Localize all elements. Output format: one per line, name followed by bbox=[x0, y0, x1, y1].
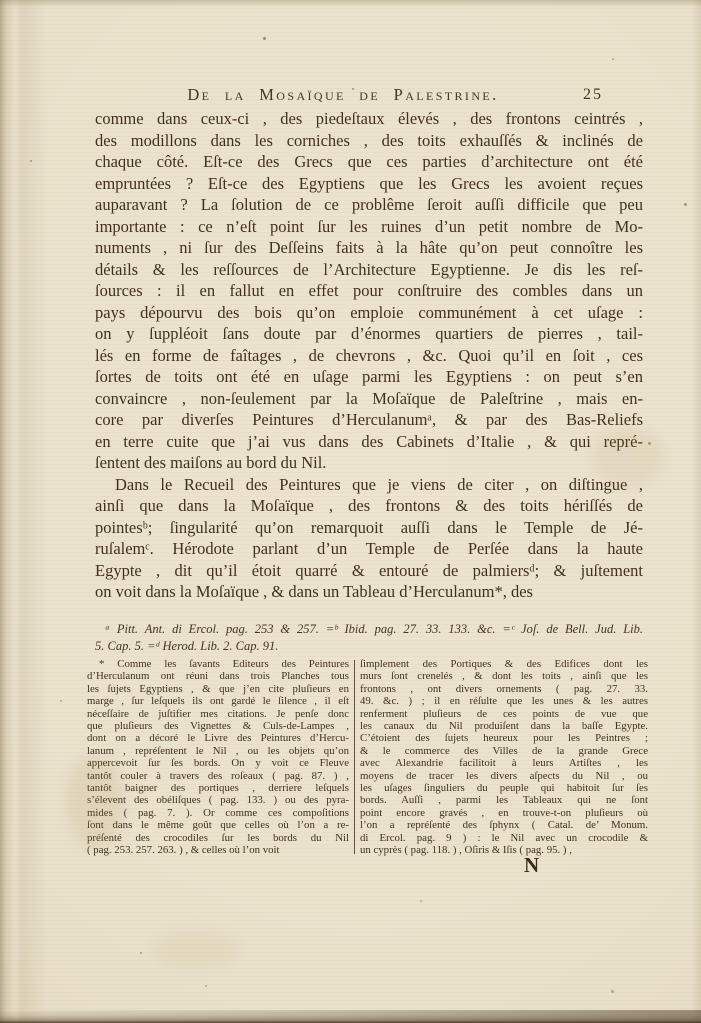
text-line: Egypte , dit qu’il étoit quarré & entour… bbox=[95, 560, 643, 582]
text-line: auparavant ? La ſolution de ce problême … bbox=[95, 194, 643, 216]
page-bottom-edge bbox=[0, 1010, 701, 1023]
paper-speck bbox=[263, 37, 266, 40]
footnote-left-column: * Comme les ſavants Editeurs des Peintur… bbox=[87, 658, 349, 857]
text-line: appercevoit ſur ſes bords. On y voit ce … bbox=[87, 757, 349, 769]
citation-note: ᵃ Pitt. Ant. di Ercol. pag. 253 & 257. =… bbox=[95, 621, 643, 654]
text-line: lanum , repréſentent le Nil , ou les obj… bbox=[87, 745, 349, 757]
paper-speck bbox=[611, 990, 614, 993]
text-line: les uſages ſinguliers du peuple qui habi… bbox=[360, 782, 648, 794]
text-line: les ſujets Egyptiens , & que j’en cite p… bbox=[87, 683, 349, 695]
text-line: néceſſaire de juſtifier mes citations. J… bbox=[87, 708, 349, 720]
text-line: ſources : il en fallut en effet pour con… bbox=[95, 280, 643, 302]
text-line: comme dans ceux-ci , des piedeſtaux élev… bbox=[95, 108, 643, 130]
text-line: détails & les reſſources de l’Architectu… bbox=[95, 259, 643, 281]
text-line: empruntées ? Eſt-ce des Egyptiens que le… bbox=[95, 173, 643, 195]
text-line: pays dépourvu des bois qu’on emploie com… bbox=[95, 302, 643, 324]
text-line: numents , ni ſur des Deſſeins faits à la… bbox=[95, 237, 643, 259]
text-line: en terre cuite que j’ai vus dans des Cab… bbox=[95, 431, 643, 453]
text-line: l’on a repréſenté des ſphynx ( Catal. de… bbox=[360, 819, 648, 831]
text-line: que pluſieurs des Vignettes & Culs-de-La… bbox=[87, 720, 349, 732]
text-line: ᵃ Pitt. Ant. di Ercol. pag. 253 & 257. =… bbox=[95, 621, 643, 638]
paper-speck bbox=[60, 700, 62, 702]
text-line: un cyprès ( pag. 118. ) , Oſiris & Iſis … bbox=[360, 844, 648, 856]
text-line: ainſi que dans la Moſaïque , des fronton… bbox=[95, 495, 643, 517]
text-line: tantôt baigner des portiques , derriere … bbox=[87, 782, 349, 794]
text-line: pointesᵇ; ſingularité qu’on remarquoit a… bbox=[95, 517, 643, 539]
main-text-block: comme dans ceux-ci , des piedeſtaux élev… bbox=[95, 108, 643, 603]
column-divider-rule bbox=[354, 660, 355, 854]
paragraph-2: Dans le Recueil des Peintures que je vie… bbox=[95, 474, 643, 603]
paragraph-1: comme dans ceux-ci , des piedeſtaux élev… bbox=[95, 108, 643, 474]
text-line: avec Alexandrie facilitoit à leurs Artiſ… bbox=[360, 757, 648, 769]
text-line: lés en forme de faîtages , de chevrons ,… bbox=[95, 345, 643, 367]
footnote-section: * Comme les ſavants Editeurs des Peintur… bbox=[87, 658, 648, 857]
text-line: renferment pluſieurs de ces points de vu… bbox=[360, 708, 648, 720]
text-line: C’étoient des ſujets heureux pour les Pe… bbox=[360, 732, 648, 744]
text-line: & le commerce des Villes de la grande Gr… bbox=[360, 745, 648, 757]
text-line: point encore gravés , en trouve-t-on plu… bbox=[360, 807, 648, 819]
paper-speck bbox=[684, 203, 687, 206]
text-line: tantôt couler à travers des roſeaux ( pa… bbox=[87, 770, 349, 782]
text-line: on y ſuppléoit ſans doute par d’énormes … bbox=[95, 323, 643, 345]
book-page: De la Mosaïque de Palestrine. 25 comme d… bbox=[0, 0, 701, 1023]
text-line: d’Herculanum ont réuni dans trois Planch… bbox=[87, 670, 349, 682]
text-line: les canaux du Nil produiſent dans la baſ… bbox=[360, 720, 648, 732]
running-title: De la Mosaïque de Palestrine. bbox=[95, 85, 591, 105]
text-line: moyens de tracer les divers aſpects du N… bbox=[360, 770, 648, 782]
text-line: 49. &c. ) ; il en réſulte que les unes &… bbox=[360, 695, 648, 707]
text-line: * Comme les ſavants Editeurs des Peintur… bbox=[87, 658, 349, 670]
text-line: préſenté des crocodiles ſur les bords du… bbox=[87, 832, 349, 844]
footnote-right-column: ſimplement des Portiques & des Edifices … bbox=[360, 658, 648, 857]
paper-stain bbox=[150, 930, 240, 970]
text-line: convaincre , non-ſeulement par la Moſaïq… bbox=[95, 388, 643, 410]
text-line: chaque côté. Eſt-ce des Grecs que ces pa… bbox=[95, 151, 643, 173]
text-line: murs ſont crenelés , & dont les toits , … bbox=[360, 670, 648, 682]
text-line: di Ercol. pag. 9 ) : le Nil avec un croc… bbox=[360, 832, 648, 844]
text-line: ( pag. 253. 257. 263. ) , & celles où l’… bbox=[87, 844, 349, 856]
text-line: ſimplement des Portiques & des Edifices … bbox=[360, 658, 648, 670]
paper-speck bbox=[612, 58, 614, 60]
text-line: on voit dans la Moſaïque , & dans un Tab… bbox=[95, 581, 643, 603]
text-line: dont on a décoré le Livre des Peintures … bbox=[87, 732, 349, 744]
text-line: ſont dans le même goût que celles où l’o… bbox=[87, 819, 349, 831]
text-line: importante : ce n’eſt point ſur les ruin… bbox=[95, 216, 643, 238]
signature-mark: N bbox=[524, 853, 540, 878]
text-line: ſortes de toits ont été en uſage parmi l… bbox=[95, 366, 643, 388]
text-line: mides ( pag. 7. ). Or comme ces compoſit… bbox=[87, 807, 349, 819]
paper-speck bbox=[30, 160, 32, 162]
text-line: 5. Cap. 5. =ᵈ Herod. Lib. 2. Cap. 91. bbox=[95, 638, 643, 655]
text-line: s’élevent des obéliſques ( pag. 133. ) o… bbox=[87, 794, 349, 806]
text-line: Dans le Recueil des Peintures que je vie… bbox=[95, 474, 643, 496]
text-line: marge , ſur leſquels ils ont gardé le ſi… bbox=[87, 695, 349, 707]
paper-speck bbox=[140, 952, 142, 954]
text-line: des modillons dans les corniches , des t… bbox=[95, 130, 643, 152]
paper-speck bbox=[205, 985, 207, 987]
paper-speck bbox=[420, 900, 422, 902]
text-line: ſentent des maiſons au bord du Nil. bbox=[95, 452, 643, 474]
paper-speck bbox=[648, 442, 651, 445]
page-number: 25 bbox=[583, 86, 603, 104]
text-line: frontons , ont divers ornements ( pag. 2… bbox=[360, 683, 648, 695]
text-line: core par diverſes Peintures d’Herculanum… bbox=[95, 409, 643, 431]
page-header: De la Mosaïque de Palestrine. 25 bbox=[95, 85, 643, 109]
text-line: ruſalemᶜ. Hérodote parlant d’un Temple d… bbox=[95, 538, 643, 560]
text-line: bords. Auſſi , parmi les Tableaux qui ne… bbox=[360, 794, 648, 806]
